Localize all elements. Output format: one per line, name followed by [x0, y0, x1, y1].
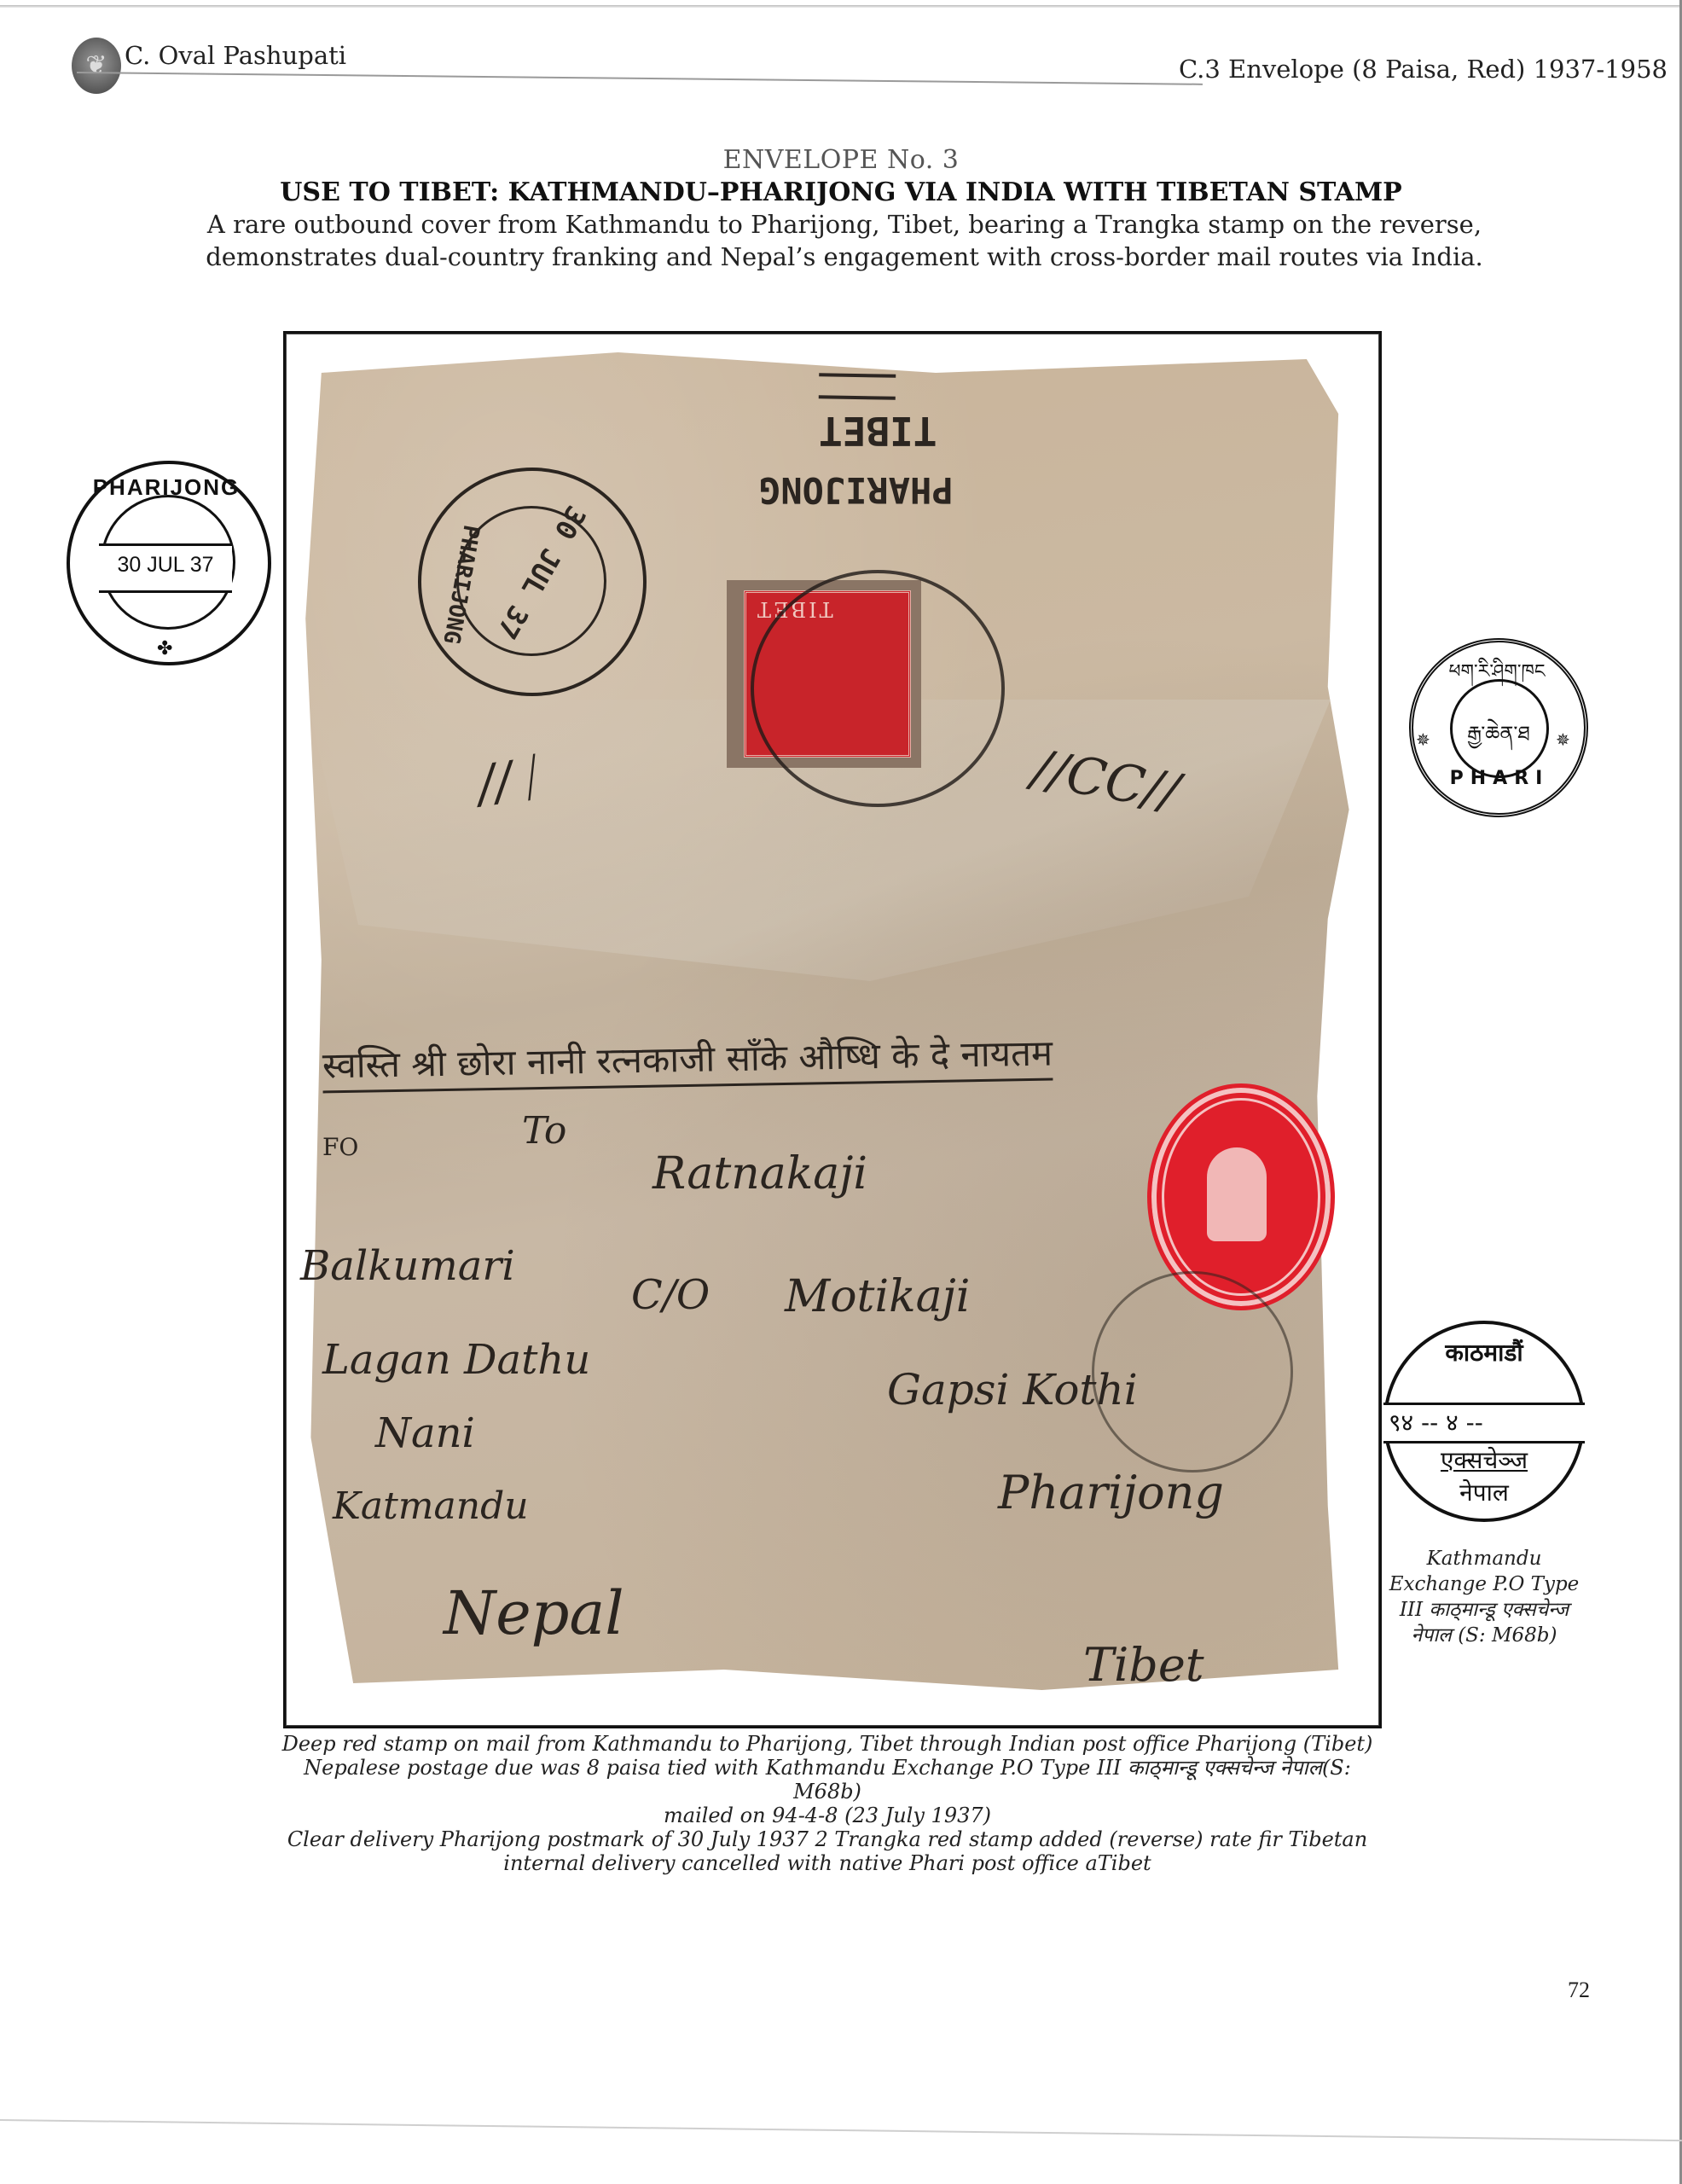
sender-line-2: Lagan Dathu: [322, 1336, 590, 1384]
kathmandu-exchange-cancel: [1092, 1271, 1293, 1472]
exhibit-intro: A rare outbound cover from Kathmandu to …: [128, 208, 1561, 273]
sender-line-5: Nepal: [444, 1578, 624, 1648]
sender-line-1: Balkumari: [300, 1242, 515, 1290]
top-rule: [0, 5, 1682, 8]
caption-line: Clear delivery Pharijong postmark of 30 …: [273, 1827, 1382, 1875]
phari-postmark-center: རྒྱ་ཆེན་ཐ: [1450, 712, 1547, 769]
destination-word-tibet: TIBET: [819, 408, 937, 454]
star-ornament-icon: ✵: [1416, 729, 1430, 750]
pharijong-postmark-date: 30 JUL 37: [99, 553, 232, 578]
page-number: 72: [1568, 1978, 1590, 2003]
caption-line: Nepalese postage due was 8 paisa tied wi…: [273, 1756, 1382, 1804]
kathmandu-postmark-date: ९४ -- ४ --: [1389, 1406, 1483, 1438]
cover-caption: Deep red stamp on mail from Kathmandu to…: [273, 1732, 1382, 1875]
to-label: To: [522, 1109, 566, 1153]
postmark-side-caption: Kathmandu Exchange P.O Type III काठ्मान्…: [1382, 1546, 1586, 1648]
sender-line-4: Katmandu: [333, 1484, 529, 1528]
header-rule: [77, 72, 1203, 85]
strike-bars: [819, 373, 896, 400]
kathmandu-postmark-town: काठमाडौं: [1383, 1336, 1585, 1368]
phari-postmark-tibetan-arc: ཕག་རི་ཤིག་ཁང: [1416, 650, 1578, 703]
sender-line-3: Nani: [375, 1409, 475, 1457]
destination-line-2: Pharijong: [998, 1466, 1224, 1519]
fo-mark: FO: [322, 1133, 358, 1161]
destination-town-pharijong: PHARIJONG: [759, 469, 954, 511]
bottom-rule: [0, 2119, 1682, 2141]
pashupati-figure-icon: [1207, 1147, 1267, 1241]
quatrefoil-ornament-icon: ✤: [157, 638, 172, 659]
star-ornament-icon: ✵: [1556, 729, 1570, 750]
phari-native-cancel: [751, 570, 1005, 807]
pharijong-postmark-town: PHARIJONG: [85, 474, 247, 501]
kathmandu-postmark-nepal: नेपाल: [1383, 1476, 1585, 1508]
exhibit-title: USE TO TIBET: KATHMANDU–PHARIJONG VIA IN…: [0, 177, 1682, 207]
section-title: C. Oval Pashupati: [125, 41, 346, 70]
caption-line: mailed on 94-4-8 (23 July 1937): [273, 1804, 1382, 1827]
kathmandu-postmark-exchange: एक्सचेञ्ज: [1383, 1443, 1585, 1476]
care-of-label: C/O: [631, 1271, 710, 1319]
destination-line-3: Tibet: [1083, 1638, 1204, 1692]
chapter-title: C.3 Envelope (8 Paisa, Red) 1937-1958: [1179, 55, 1667, 84]
pashupati-emblem-icon: ❦: [72, 38, 121, 94]
caption-line: Deep red stamp on mail from Kathmandu to…: [273, 1732, 1382, 1756]
exhibit-kicker: ENVELOPE No. 3: [0, 145, 1682, 175]
care-of-name: Motikaji: [785, 1271, 970, 1322]
phari-postmark-name: PHARI: [1416, 768, 1583, 789]
addressee-name: Ratnakaji: [652, 1148, 867, 1199]
handwritten-mark: //ᛁ: [474, 746, 547, 815]
